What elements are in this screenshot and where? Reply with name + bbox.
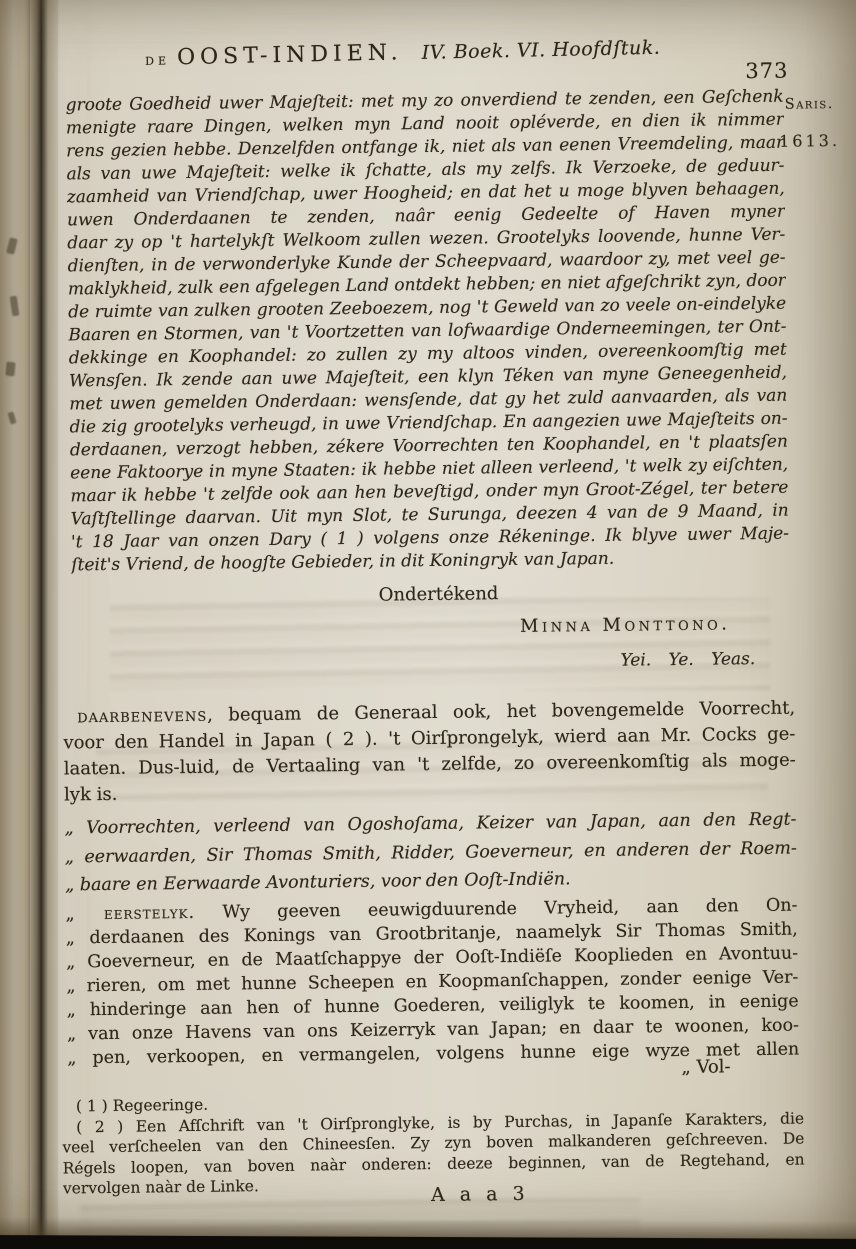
first-article-quote: „ Eerstelyk. Wy geeven eeuwigduurende Vr… [65, 894, 799, 1071]
margin-note-author: Saris. [785, 96, 834, 113]
header-chapter-label: IV. Boek. VI. Hoofdſtuk. [421, 37, 660, 64]
footnotes: ( 1 ) Regeeringe.( 2 ) Een Afſchrift van… [62, 1087, 805, 1199]
paragraph-lead-word: Daarbenevens [77, 705, 207, 728]
header-book-title: OOST-INDIEN. [177, 40, 403, 70]
text-run: , bequam de Generaal ook, het bovengemel… [207, 698, 795, 726]
running-header: de OOST-INDIEN. IV. Boek. VI. Hoofdſtuk. [145, 35, 661, 71]
printed-text-layer: de OOST-INDIEN. IV. Boek. VI. Hoofdſtuk.… [0, 0, 856, 1249]
article-continuation: „ derdaanen des Konings van Grootbritanj… [66, 918, 800, 1071]
signed-label: Ondertékend [379, 583, 499, 605]
catchword: „ Vol- [681, 1056, 730, 1078]
paragraph-continuation: voor den Handel in Japan ( 2 ). 't Oirſp… [63, 722, 796, 809]
seal-names: Yei. Ye. Yeas. [620, 649, 755, 671]
grant-heading-quote: „ Voorrechten, verleend van Ogoshoſama, … [64, 806, 797, 900]
privilege-paragraph: Daarbenevens, bequam de Generaal ook, he… [63, 696, 796, 809]
header-pretitle: de [145, 50, 170, 69]
signatory-name: Minna Monttono. [520, 613, 731, 637]
article-lead-word: „ Eerstelyk. [65, 903, 195, 925]
page-number: 373 [745, 59, 788, 84]
letter-paragraph: groote Goedheid uwer Majeſteit: met my z… [66, 86, 790, 578]
book-page-scan: de OOST-INDIEN. IV. Boek. VI. Hoofdſtuk.… [0, 0, 856, 1249]
signature-mark: A a a 3 [431, 1183, 526, 1206]
margin-note-year: 1613. [779, 131, 840, 151]
